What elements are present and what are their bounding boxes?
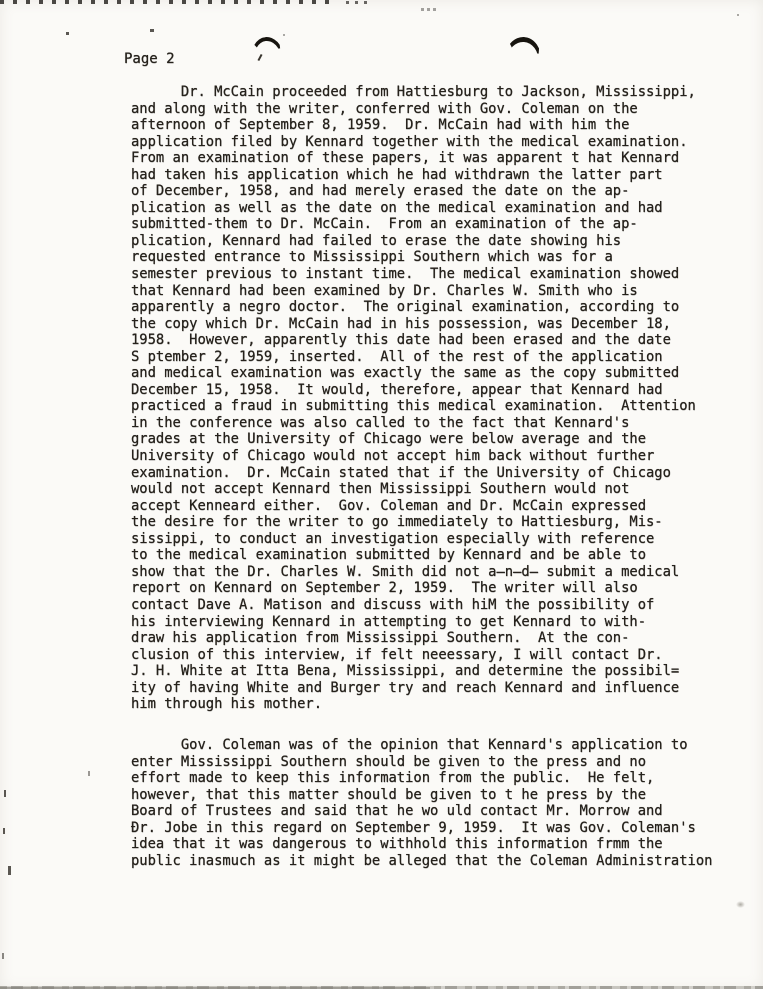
page-number-label: Page 2 [124,51,175,67]
scanned-document-page: Page 2 Dr. McCain proceeded from Hatties… [0,0,763,989]
scan-speck [737,14,739,16]
scan-artifact-top-dotted-line [0,0,338,4]
paragraph-2: Gov. Coleman was of the opinion that Ken… [131,737,712,869]
scan-speck [2,953,4,959]
paragraph-1: Dr. McCain proceeded from Hattiesburg to… [131,84,696,713]
scan-smudge-bottom-right [736,901,745,908]
scan-speck [4,790,6,797]
scan-artifact-top-dotted-line-2 [346,1,368,4]
scan-speck [150,29,154,32]
scan-speck [66,32,69,35]
scan-artifact-arc-left [249,35,284,61]
scan-artifact-tick [257,54,262,61]
scan-speck [8,866,11,875]
scan-speck [3,828,5,834]
scan-artifact-arc-right [504,36,543,62]
scan-artifact-top-dash [421,8,438,11]
scan-speck [88,771,90,776]
scan-speck [283,34,285,36]
